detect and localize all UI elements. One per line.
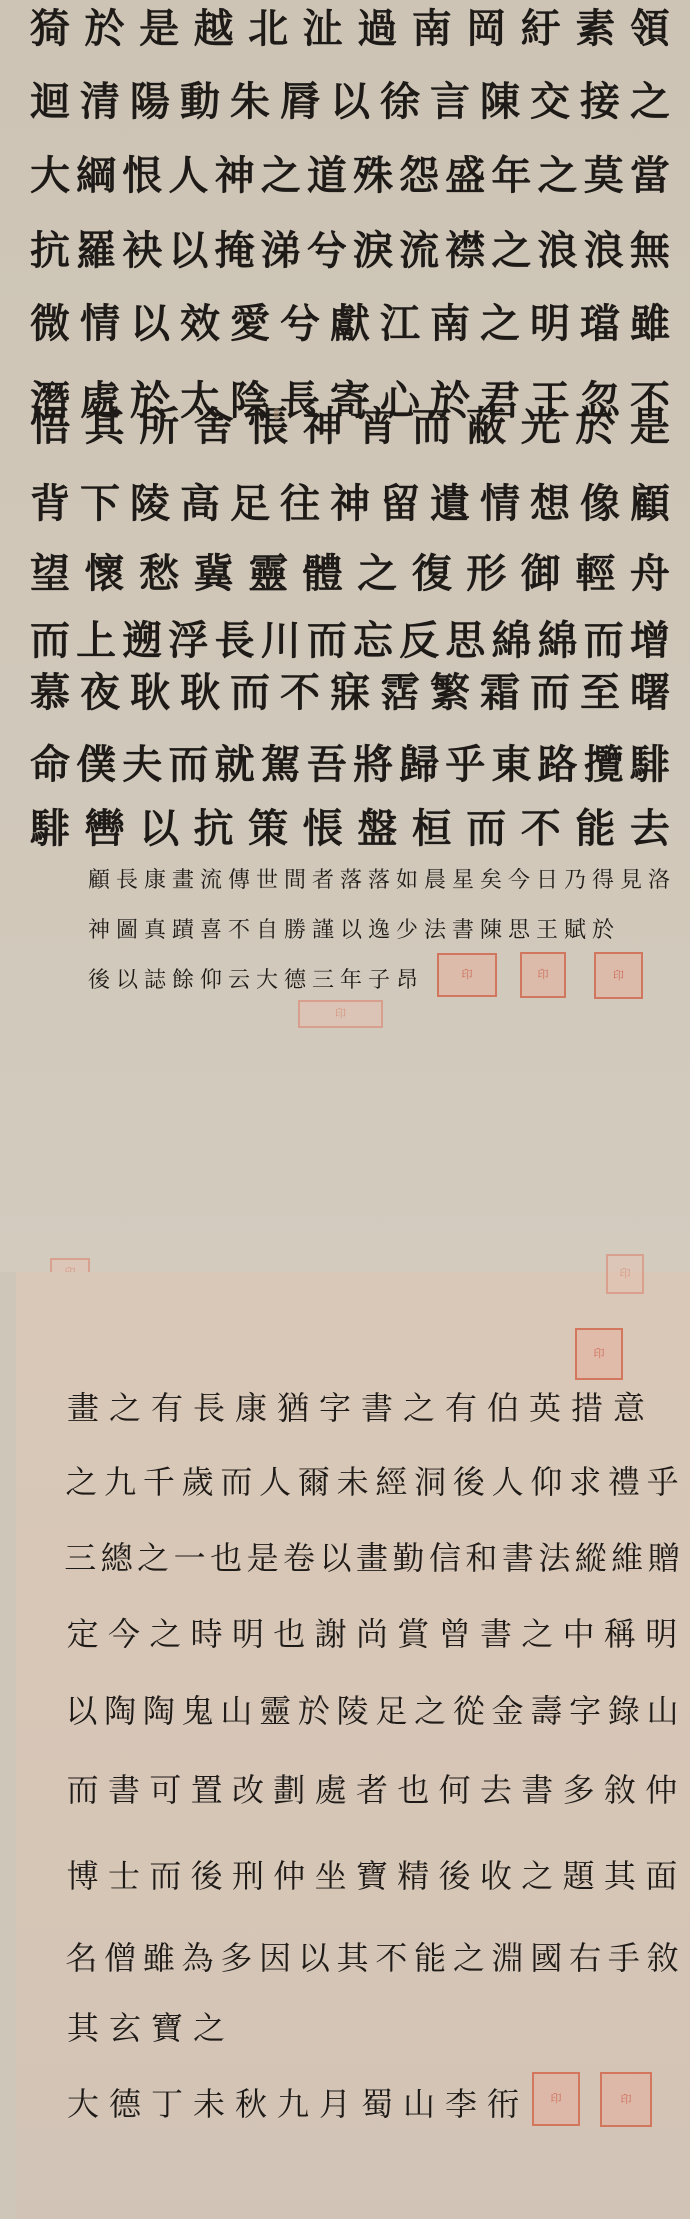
calligraphy-character: 之 [261, 144, 301, 201]
calligraphy-character: 僕 [76, 733, 116, 790]
calligraphy-character: 法 [424, 913, 446, 944]
calligraphy-character: 九 [103, 1457, 138, 1503]
calligraphy-character: 過 [357, 0, 397, 54]
calligraphy-character: 長 [190, 1383, 228, 1429]
calligraphy-character: 陶 [103, 1686, 138, 1732]
calligraphy-character: 陵 [130, 472, 170, 529]
colophon-text-row: 名僧雖為多因以其不能之淵國右手敘 [64, 1934, 684, 1978]
calligraphy-character: 賦 [564, 913, 586, 944]
calligraphy-character: 輕 [575, 542, 615, 599]
calligraphy-character: 而 [230, 661, 270, 718]
calligraphy-character: 綱 [76, 144, 116, 201]
calligraphy-character: 日 [536, 863, 558, 894]
scroll-panel-colophon: 印 畫之有長康猶字書之有伯英措意 之九千歲而人爾未經洞後人仰求禮乎 三總之一也是… [16, 1272, 690, 2219]
calligraphy-character: 陳 [480, 913, 502, 944]
calligraphy-character: 傳 [228, 863, 250, 894]
calligraphy-character: 流 [399, 219, 439, 276]
calligraphy-character: 王 [536, 913, 558, 944]
calligraphy-character: 其 [335, 1933, 370, 1979]
calligraphy-character: 總 [100, 1533, 132, 1579]
main-text-row: 慕夜耿耿而不寐霑繁霜而至曙 [30, 664, 670, 714]
calligraphy-character: 微 [30, 292, 70, 349]
calligraphy-character: 之 [64, 1457, 99, 1503]
calligraphy-character: 如 [396, 863, 418, 894]
calligraphy-character: 悵 [248, 395, 288, 452]
calligraphy-character: 僧 [103, 1933, 138, 1979]
calligraphy-character: 宵 [357, 395, 397, 452]
calligraphy-character: 手 [607, 1933, 642, 1979]
calligraphy-character: 效 [180, 292, 220, 349]
calligraphy-character: 耿 [180, 661, 220, 718]
calligraphy-character: 舟 [630, 542, 670, 599]
calligraphy-character: 靈 [248, 542, 288, 599]
calligraphy-character: 一 [173, 1533, 205, 1579]
calligraphy-character: 刑 [229, 1851, 266, 1897]
calligraphy-character: 復 [412, 542, 452, 599]
calligraphy-character: 山 [645, 1686, 680, 1732]
calligraphy-character: 靈 [258, 1686, 293, 1732]
calligraphy-character: 其 [85, 395, 125, 452]
calligraphy-character: 望 [30, 542, 70, 599]
calligraphy-character: 忘 [353, 609, 393, 666]
calligraphy-character: 接 [580, 70, 620, 127]
calligraphy-character: 雖 [142, 1933, 177, 1979]
calligraphy-character: 可 [147, 1765, 184, 1811]
calligraphy-character: 坐 [312, 1851, 349, 1897]
calligraphy-character: 千 [142, 1457, 177, 1503]
colophon-text-row: 三總之一也是卷以畫勤信和書法縱維贈 [64, 1534, 684, 1578]
calligraphy-character: 往 [280, 472, 320, 529]
seal-stamp: 印 [437, 953, 497, 997]
calligraphy-character: 策 [248, 797, 288, 854]
seal-stamp: 印 [606, 1254, 644, 1294]
calligraphy-character: 騑 [630, 733, 670, 790]
calligraphy-character: 而 [147, 1851, 184, 1897]
calligraphy-character: 字 [568, 1686, 603, 1732]
calligraphy-character: 於 [297, 1686, 332, 1732]
calligraphy-character: 後 [188, 1851, 225, 1897]
calligraphy-character: 從 [452, 1686, 487, 1732]
calligraphy-character: 畫 [172, 863, 194, 894]
seal-stamp: 印 [520, 952, 566, 998]
calligraphy-character: 置 [188, 1765, 225, 1811]
calligraphy-character: 後 [436, 1851, 473, 1897]
calligraphy-character: 敘 [645, 1933, 680, 1979]
calligraphy-character: 涕 [261, 219, 301, 276]
calligraphy-character: 縱 [575, 1533, 607, 1579]
main-text-row: 大綱恨人神之道殊怨盛年之莫當 [30, 147, 670, 197]
calligraphy-character: 長 [215, 609, 255, 666]
main-text-row: 騑轡以抗策悵盤桓而不能去 [30, 800, 670, 850]
calligraphy-character: 字 [316, 1383, 354, 1429]
calligraphy-character: 舍 [194, 395, 234, 452]
calligraphy-character: 也 [210, 1533, 242, 1579]
colophon-text-row: 以陶陶鬼山靈於陵足之從金壽字錄山 [64, 1687, 684, 1731]
calligraphy-character: 南 [412, 0, 452, 54]
calligraphy-character: 明 [229, 1609, 266, 1655]
calligraphy-character: 玄 [106, 2003, 144, 2049]
calligraphy-character: 今 [105, 1609, 142, 1655]
calligraphy-character: 所 [139, 395, 179, 452]
main-text-row: 而上遡浮長川而忘反思綿綿而增 [30, 612, 670, 662]
calligraphy-character: 顧 [630, 472, 670, 529]
calligraphy-character: 因 [258, 1933, 293, 1979]
calligraphy-character: 晨 [424, 863, 446, 894]
colophon-row: 神圖真蹟喜不自勝謹以逸少法書陳思王賦於 [88, 913, 648, 943]
calligraphy-character: 後 [452, 1457, 487, 1503]
calligraphy-character: 康 [144, 863, 166, 894]
calligraphy-character: 將 [353, 733, 393, 790]
calligraphy-character: 紆 [521, 0, 561, 54]
calligraphy-character: 見 [620, 863, 642, 894]
calligraphy-character: 九 [274, 2079, 312, 2125]
calligraphy-character: 人 [168, 144, 208, 201]
calligraphy-character: 江 [380, 292, 420, 349]
calligraphy-character: 子 [368, 963, 390, 994]
calligraphy-character: 懷 [85, 542, 125, 599]
calligraphy-character: 悵 [303, 797, 343, 854]
calligraphy-character: 浮 [168, 609, 208, 666]
calligraphy-character: 後 [88, 963, 110, 994]
calligraphy-character: 能 [413, 1933, 448, 1979]
calligraphy-character: 以 [139, 797, 179, 854]
calligraphy-character: 也 [271, 1609, 308, 1655]
calligraphy-character: 之 [452, 1933, 487, 1979]
calligraphy-character: 愁 [139, 542, 179, 599]
calligraphy-character: 御 [521, 542, 561, 599]
calligraphy-character: 以 [64, 1686, 99, 1732]
calligraphy-character: 掩 [215, 219, 255, 276]
calligraphy-character: 體 [303, 542, 343, 599]
calligraphy-character: 喜 [200, 913, 222, 944]
calligraphy-character: 中 [560, 1609, 597, 1655]
calligraphy-character: 誌 [144, 963, 166, 994]
calligraphy-character: 真 [144, 913, 166, 944]
calligraphy-character: 三 [64, 1533, 96, 1579]
calligraphy-character: 袂 [122, 219, 162, 276]
calligraphy-character: 丁 [148, 2079, 186, 2125]
calligraphy-character: 仰 [529, 1457, 564, 1503]
calligraphy-character: 遺 [430, 472, 470, 529]
calligraphy-character: 落 [340, 863, 362, 894]
calligraphy-character: 命 [30, 733, 70, 790]
calligraphy-character: 神 [88, 913, 110, 944]
calligraphy-character: 仰 [200, 963, 222, 994]
calligraphy-character: 以 [130, 292, 170, 349]
scroll-panel-main-text: 猗於是越北沚過南岡紆素領 迴清陽動朱脣以徐言陳交接之 大綱恨人神之道殊怨盛年之莫… [0, 0, 690, 1272]
calligraphy-character: 定 [64, 1609, 101, 1655]
calligraphy-character: 綿 [538, 609, 578, 666]
calligraphy-character: 迴 [30, 70, 70, 127]
calligraphy-character: 像 [580, 472, 620, 529]
calligraphy-character: 落 [368, 863, 390, 894]
main-text-row: 背下陵高足往神留遺情想像顧 [30, 475, 670, 525]
calligraphy-character: 大 [64, 2079, 102, 2125]
colophon-text-row: 之九千歲而人爾未經洞後人仰求禮乎 [64, 1458, 684, 1502]
colophon-text-row: 畫之有長康猶字書之有伯英措意 [64, 1384, 684, 1428]
calligraphy-character: 浪 [584, 219, 624, 276]
calligraphy-character: 襟 [445, 219, 485, 276]
calligraphy-character: 動 [180, 70, 220, 127]
seal-stamp: 印 [594, 952, 643, 999]
calligraphy-character: 為 [180, 1933, 215, 1979]
calligraphy-character: 大 [30, 144, 70, 201]
calligraphy-character: 想 [530, 472, 570, 529]
calligraphy-character: 云 [228, 963, 250, 994]
calligraphy-character: 面 [643, 1851, 680, 1897]
calligraphy-character: 之 [538, 144, 578, 201]
calligraphy-character: 光 [521, 395, 561, 452]
calligraphy-character: 情 [80, 292, 120, 349]
calligraphy-character: 者 [353, 1765, 390, 1811]
calligraphy-character: 去 [477, 1765, 514, 1811]
calligraphy-character: 衎 [484, 2079, 522, 2125]
calligraphy-character: 寐 [330, 661, 370, 718]
calligraphy-character: 維 [611, 1533, 643, 1579]
seal-stamp: 印 [575, 1328, 623, 1380]
calligraphy-character: 下 [80, 472, 120, 529]
calligraphy-character: 書 [358, 1383, 396, 1429]
calligraphy-character: 歸 [399, 733, 439, 790]
calligraphy-character: 盛 [445, 144, 485, 201]
colophon-text-row: 定今之時明也謝尚賞曾書之中稱明 [64, 1610, 684, 1654]
calligraphy-character: 明 [530, 292, 570, 349]
main-text-row: 猗於是越北沚過南岡紆素領 [30, 0, 670, 50]
calligraphy-character: 霜 [480, 661, 520, 718]
calligraphy-character: 領 [630, 0, 670, 54]
calligraphy-character: 伯 [484, 1383, 522, 1429]
calligraphy-character: 言 [430, 70, 470, 127]
calligraphy-character: 駕 [261, 733, 301, 790]
calligraphy-character: 之 [491, 219, 531, 276]
main-text-row: 微情以效愛兮獻江南之明璫雖 [30, 295, 670, 345]
calligraphy-character: 世 [256, 863, 278, 894]
calligraphy-character: 是 [630, 395, 670, 452]
calligraphy-character: 而 [307, 609, 347, 666]
calligraphy-character: 處 [312, 1765, 349, 1811]
calligraphy-character: 謹 [312, 913, 334, 944]
main-text-row: 命僕夫而就駕吾將歸乎東路攬騑 [30, 736, 670, 786]
calligraphy-character: 書 [502, 1533, 534, 1579]
calligraphy-character: 英 [526, 1383, 564, 1429]
calligraphy-character: 神 [330, 472, 370, 529]
calligraphy-character: 乃 [564, 863, 586, 894]
calligraphy-character: 逸 [368, 913, 390, 944]
calligraphy-character: 東 [491, 733, 531, 790]
calligraphy-character: 而 [219, 1457, 254, 1503]
calligraphy-character: 金 [490, 1686, 525, 1732]
calligraphy-character: 鬼 [180, 1686, 215, 1732]
calligraphy-character: 以 [116, 963, 138, 994]
calligraphy-character: 反 [399, 609, 439, 666]
calligraphy-character: 情 [480, 472, 520, 529]
calligraphy-character: 改 [229, 1765, 266, 1811]
calligraphy-character: 洞 [413, 1457, 448, 1503]
calligraphy-character: 越 [194, 0, 234, 54]
calligraphy-character: 得 [592, 863, 614, 894]
colophon-text-row: 其玄寶之 [64, 2004, 684, 2048]
calligraphy-character: 高 [180, 472, 220, 529]
calligraphy-character: 抗 [30, 219, 70, 276]
calligraphy-character: 淵 [490, 1933, 525, 1979]
calligraphy-character: 增 [630, 609, 670, 666]
calligraphy-character: 之 [400, 1383, 438, 1429]
calligraphy-character: 於 [85, 0, 125, 54]
calligraphy-character: 恨 [122, 144, 162, 201]
calligraphy-character: 路 [538, 733, 578, 790]
calligraphy-character: 士 [105, 1851, 142, 1897]
calligraphy-character: 上 [76, 609, 116, 666]
calligraphy-character: 尚 [353, 1609, 390, 1655]
calligraphy-character: 未 [335, 1457, 370, 1503]
calligraphy-character: 曙 [630, 661, 670, 718]
calligraphy-character: 夜 [80, 661, 120, 718]
calligraphy-character: 是 [139, 0, 179, 54]
calligraphy-character: 當 [630, 144, 670, 201]
calligraphy-character: 勤 [392, 1533, 424, 1579]
calligraphy-character: 抗 [194, 797, 234, 854]
calligraphy-character: 而 [412, 395, 452, 452]
calligraphy-character: 勝 [284, 913, 306, 944]
calligraphy-character: 康 [232, 1383, 270, 1429]
calligraphy-character: 之 [630, 70, 670, 127]
calligraphy-character: 之 [519, 1851, 556, 1897]
calligraphy-character: 慕 [30, 661, 70, 718]
calligraphy-character: 錄 [607, 1686, 642, 1732]
calligraphy-character: 歲 [180, 1457, 215, 1503]
calligraphy-character: 畫 [356, 1533, 388, 1579]
calligraphy-character: 綿 [491, 609, 531, 666]
calligraphy-character: 措 [568, 1383, 606, 1429]
calligraphy-character: 德 [106, 2079, 144, 2125]
calligraphy-character: 三 [312, 963, 334, 994]
calligraphy-character: 岡 [466, 0, 506, 54]
calligraphy-character: 顧 [88, 863, 110, 894]
calligraphy-character: 自 [256, 913, 278, 944]
seal-stamp: 印 [600, 2072, 652, 2127]
main-text-row: 望懷愁冀靈體之復形御輕舟 [30, 545, 670, 595]
calligraphy-character: 山 [219, 1686, 254, 1732]
calligraphy-character: 矣 [480, 863, 502, 894]
calligraphy-character: 而 [584, 609, 624, 666]
calligraphy-character: 思 [445, 609, 485, 666]
calligraphy-character: 求 [568, 1457, 603, 1503]
calligraphy-character: 和 [465, 1533, 497, 1579]
calligraphy-character: 陵 [335, 1686, 370, 1732]
calligraphy-character: 寶 [353, 1851, 390, 1897]
calligraphy-character: 劃 [271, 1765, 308, 1811]
calligraphy-character: 神 [303, 395, 343, 452]
calligraphy-character: 耿 [130, 661, 170, 718]
calligraphy-character: 壽 [529, 1686, 564, 1732]
calligraphy-character: 至 [580, 661, 620, 718]
calligraphy-character: 之 [137, 1533, 169, 1579]
calligraphy-character: 者 [312, 863, 334, 894]
calligraphy-character: 夫 [122, 733, 162, 790]
calligraphy-character: 之 [519, 1609, 556, 1655]
calligraphy-character: 李 [442, 2079, 480, 2125]
colophon-text-row: 博士而後刑仲坐寶精後收之題其面 [64, 1852, 684, 1896]
calligraphy-character: 霑 [380, 661, 420, 718]
calligraphy-character: 法 [538, 1533, 570, 1579]
calligraphy-character: 獻 [330, 292, 370, 349]
calligraphy-character: 年 [491, 144, 531, 201]
calligraphy-character: 右 [568, 1933, 603, 1979]
calligraphy-character: 未 [190, 2079, 228, 2125]
calligraphy-character: 形 [466, 542, 506, 599]
calligraphy-character: 思 [508, 913, 530, 944]
calligraphy-character: 於 [592, 913, 614, 944]
seal-stamp: 印 [298, 1000, 383, 1028]
seal-stamp: 印 [532, 2072, 580, 2126]
calligraphy-character: 國 [529, 1933, 564, 1979]
calligraphy-character: 留 [380, 472, 420, 529]
calligraphy-character: 不 [228, 913, 250, 944]
calligraphy-character: 謝 [312, 1609, 349, 1655]
calligraphy-character: 不 [280, 661, 320, 718]
calligraphy-character: 而 [466, 797, 506, 854]
calligraphy-character: 多 [560, 1765, 597, 1811]
calligraphy-character: 書 [519, 1765, 556, 1811]
calligraphy-character: 流 [200, 863, 222, 894]
calligraphy-character: 川 [261, 609, 301, 666]
calligraphy-character: 就 [215, 733, 255, 790]
calligraphy-character: 其 [601, 1851, 638, 1897]
calligraphy-character: 以 [297, 1933, 332, 1979]
calligraphy-character: 不 [521, 797, 561, 854]
calligraphy-character: 清 [80, 70, 120, 127]
calligraphy-character: 蜀 [358, 2079, 396, 2125]
calligraphy-character: 經 [374, 1457, 409, 1503]
calligraphy-character: 收 [477, 1851, 514, 1897]
calligraphy-character: 禮 [607, 1457, 642, 1503]
calligraphy-character: 素 [575, 0, 615, 54]
calligraphy-character: 兮 [307, 219, 347, 276]
calligraphy-character: 明 [643, 1609, 680, 1655]
calligraphy-character: 蔽 [466, 395, 506, 452]
calligraphy-character: 其 [64, 2003, 102, 2049]
calligraphy-character: 是 [246, 1533, 278, 1579]
calligraphy-character: 冀 [194, 542, 234, 599]
calligraphy-character: 道 [307, 144, 347, 201]
calligraphy-character: 何 [436, 1765, 473, 1811]
calligraphy-character: 莫 [584, 144, 624, 201]
calligraphy-character: 曾 [436, 1609, 473, 1655]
calligraphy-character: 繁 [430, 661, 470, 718]
calligraphy-character: 蹟 [172, 913, 194, 944]
calligraphy-character: 今 [508, 863, 530, 894]
colophon-signature-row: 大德丁未秋九月蜀山李衎 [64, 2080, 684, 2124]
calligraphy-character: 大 [256, 963, 278, 994]
calligraphy-character: 題 [560, 1851, 597, 1897]
calligraphy-character: 神 [215, 144, 255, 201]
colophon-row: 顧長康畫流傳世間者落落如晨星矣今日乃得見洛 [88, 863, 648, 893]
main-text-row: 悟其所舍悵神宵而蔽光於是 [30, 398, 670, 448]
calligraphy-character: 淚 [353, 219, 393, 276]
calligraphy-character: 書 [105, 1765, 142, 1811]
calligraphy-character: 長 [116, 863, 138, 894]
calligraphy-character: 脣 [280, 70, 320, 127]
calligraphy-character: 猶 [274, 1383, 312, 1429]
calligraphy-character: 足 [230, 472, 270, 529]
calligraphy-character: 賞 [395, 1609, 432, 1655]
calligraphy-character: 騑 [30, 797, 70, 854]
calligraphy-character: 璫 [580, 292, 620, 349]
calligraphy-character: 以 [330, 70, 370, 127]
calligraphy-character: 之 [480, 292, 520, 349]
calligraphy-character: 遡 [122, 609, 162, 666]
calligraphy-character: 之 [190, 2003, 228, 2049]
